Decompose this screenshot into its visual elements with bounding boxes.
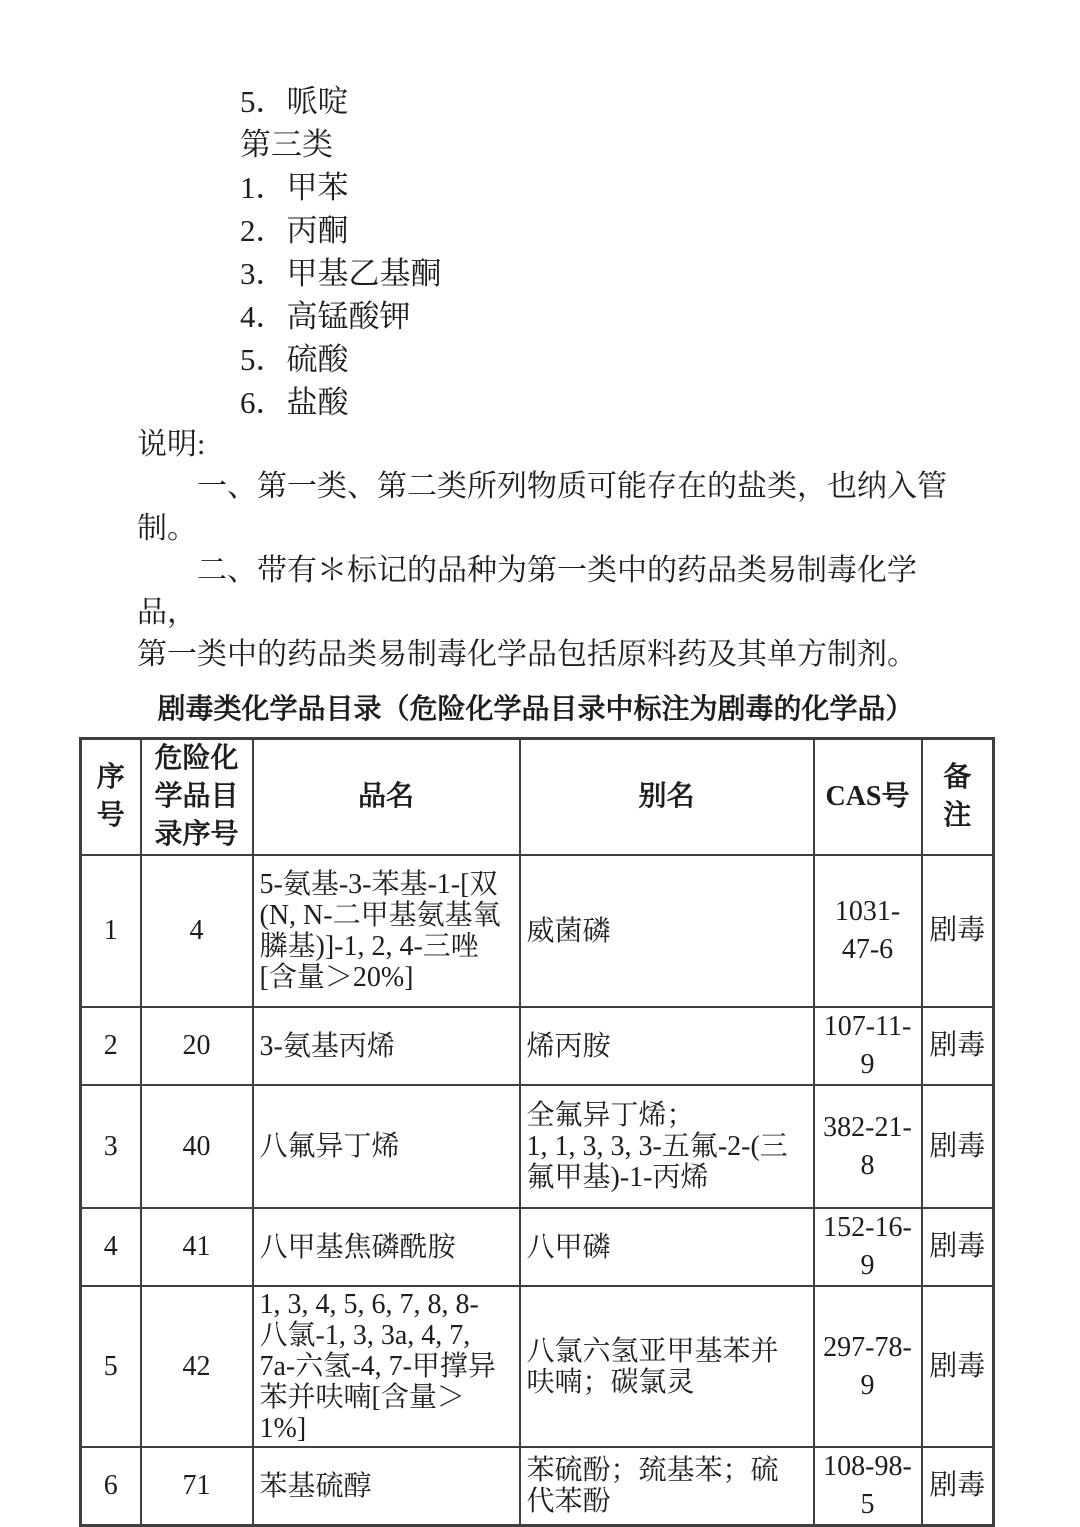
cell-remark: 剧毒 <box>922 1085 994 1208</box>
cell-catalog-seq: 20 <box>141 1007 253 1085</box>
cell-catalog-seq: 40 <box>141 1085 253 1208</box>
cell-name: 1, 3, 4, 5, 6, 7, 8, 8-八氯-1, 3, 3a, 4, 7… <box>253 1286 520 1447</box>
col-header-name: 品名 <box>253 739 520 856</box>
cell-seq: 6 <box>81 1447 141 1526</box>
note-line: 一、第一类、第二类所列物质可能存在的盐类，也纳入管 <box>137 466 960 508</box>
col-header-seq: 序号 <box>81 739 141 856</box>
cell-name: 八氟异丁烯 <box>253 1085 520 1208</box>
cell-seq: 1 <box>81 855 141 1007</box>
col-header-remark: 备注 <box>922 739 994 856</box>
cell-seq: 4 <box>81 1208 141 1286</box>
cell-seq: 3 <box>81 1085 141 1208</box>
cell-name: 3-氨基丙烯 <box>253 1007 520 1085</box>
cell-remark: 剧毒 <box>922 1208 994 1286</box>
cell-catalog-seq: 4 <box>141 855 253 1007</box>
cell-seq: 2 <box>81 1007 141 1085</box>
note-line: 二、带有＊标记的品种为第一类中的药品类易制毒化学品， <box>137 550 960 634</box>
cell-alias: 全氟异丁烯； 1, 1, 3, 3, 3-五氟-2-(三氟甲基)-1-丙烯 <box>520 1085 814 1208</box>
table-row: 1 4 5-氨基-3-苯基-1-[双(N, N-二甲基氨基氧膦基)]-1, 2,… <box>81 855 994 1007</box>
table-row: 4 41 八甲基焦磷酰胺 八甲磷 152-16-9 剧毒 <box>81 1208 994 1286</box>
cell-alias: 八氯六氢亚甲基苯并呋喃；碳氯灵 <box>520 1286 814 1447</box>
cell-cas: 152-16-9 <box>814 1208 922 1286</box>
table-row: 3 40 八氟异丁烯 全氟异丁烯； 1, 1, 3, 3, 3-五氟-2-(三氟… <box>81 1085 994 1208</box>
cell-remark: 剧毒 <box>922 1007 994 1085</box>
list-item: 4．高锰酸钾 <box>240 295 1080 338</box>
cell-seq: 5 <box>81 1286 141 1447</box>
cell-catalog-seq: 41 <box>141 1208 253 1286</box>
col-header-catalog-seq: 危险化学品目录序号 <box>141 739 253 856</box>
highly-toxic-chemicals-table: 序号 危险化学品目录序号 品名 别名 CAS号 备注 1 4 5-氨基-3-苯基… <box>79 737 995 1527</box>
cell-catalog-seq: 71 <box>141 1447 253 1526</box>
table-header-row: 序号 危险化学品目录序号 品名 别名 CAS号 备注 <box>81 739 994 856</box>
col-header-cas: CAS号 <box>814 739 922 856</box>
cell-remark: 剧毒 <box>922 855 994 1007</box>
table-row: 6 71 苯基硫醇 苯硫酚；巯基苯；硫代苯酚 108-98-5 剧毒 <box>81 1447 994 1526</box>
table-row: 2 20 3-氨基丙烯 烯丙胺 107-11-9 剧毒 <box>81 1007 994 1085</box>
cell-cas: 297-78-9 <box>814 1286 922 1447</box>
cell-remark: 剧毒 <box>922 1447 994 1526</box>
precursor-chemicals-list: 5．哌啶 第三类 1．甲苯 2．丙酮 3．甲基乙基酮 4．高锰酸钾 5．硫酸 6… <box>240 80 1080 424</box>
document-page: 5．哌啶 第三类 1．甲苯 2．丙酮 3．甲基乙基酮 4．高锰酸钾 5．硫酸 6… <box>0 0 1080 1527</box>
table-title: 剧毒类化学品目录（危险化学品目录中标注为剧毒的化学品） <box>79 692 992 728</box>
list-item: 2．丙酮 <box>240 209 1080 252</box>
cell-cas: 107-11-9 <box>814 1007 922 1085</box>
notes-heading: 说明: <box>137 424 960 466</box>
col-header-alias: 别名 <box>520 739 814 856</box>
list-item: 3．甲基乙基酮 <box>240 252 1080 295</box>
cell-alias: 苯硫酚；巯基苯；硫代苯酚 <box>520 1447 814 1526</box>
note-line: 制。 <box>137 508 960 550</box>
cell-alias: 烯丙胺 <box>520 1007 814 1085</box>
cell-cas: 1031-47-6 <box>814 855 922 1007</box>
cell-name: 5-氨基-3-苯基-1-[双(N, N-二甲基氨基氧膦基)]-1, 2, 4-三… <box>253 855 520 1007</box>
cell-catalog-seq: 42 <box>141 1286 253 1447</box>
cell-remark: 剧毒 <box>922 1286 994 1447</box>
cell-name: 八甲基焦磷酰胺 <box>253 1208 520 1286</box>
cell-name: 苯基硫醇 <box>253 1447 520 1526</box>
cell-alias: 八甲磷 <box>520 1208 814 1286</box>
list-item: 第三类 <box>240 123 1080 166</box>
notes-section: 说明: 一、第一类、第二类所列物质可能存在的盐类，也纳入管 制。 二、带有＊标记… <box>137 424 960 676</box>
list-item: 5．哌啶 <box>240 80 1080 123</box>
list-item: 6．盐酸 <box>240 381 1080 424</box>
list-item: 1．甲苯 <box>240 166 1080 209</box>
list-item: 5．硫酸 <box>240 338 1080 381</box>
cell-alias: 威菌磷 <box>520 855 814 1007</box>
cell-cas: 382-21-8 <box>814 1085 922 1208</box>
note-line: 第一类中的药品类易制毒化学品包括原料药及其单方制剂。 <box>137 634 960 676</box>
table-row: 5 42 1, 3, 4, 5, 6, 7, 8, 8-八氯-1, 3, 3a,… <box>81 1286 994 1447</box>
cell-cas: 108-98-5 <box>814 1447 922 1526</box>
